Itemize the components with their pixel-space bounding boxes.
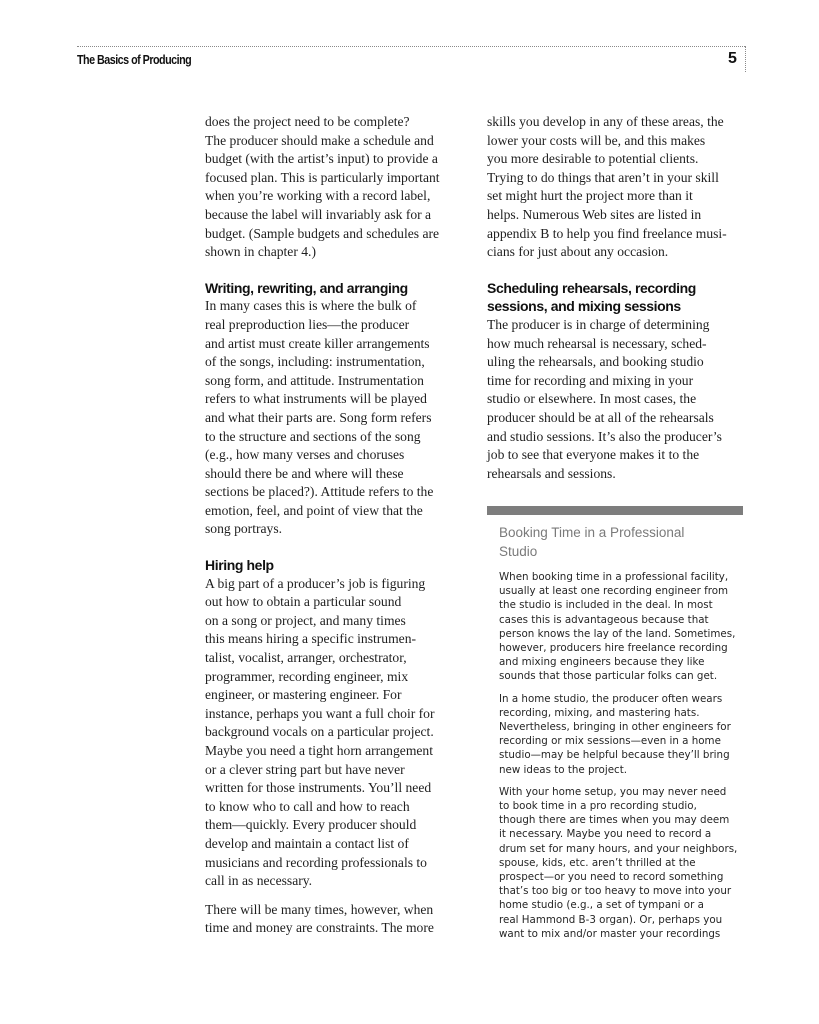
page-number: 5: [728, 50, 737, 68]
left-intro-paragraph: does the project need to be complete? Th…: [205, 113, 467, 262]
section-hiring-help: Hiring help A big part of a producer’s j…: [205, 556, 467, 938]
header-dotted-rule: [77, 46, 745, 47]
right-column: skills you develop in any of these areas…: [487, 113, 749, 483]
section-scheduling: Scheduling rehearsals, recording session…: [487, 279, 749, 484]
sidebar-body: When booking time in a professional faci…: [499, 570, 747, 941]
running-head: The Basics of Producing: [77, 53, 191, 67]
right-intro-paragraph: skills you develop in any of these areas…: [487, 113, 749, 262]
section-writing-arranging: Writing, rewriting, and arranging In man…: [205, 279, 467, 539]
section-paragraph: In many cases this is where the bulk of …: [205, 297, 467, 539]
sidebar-title: Booking Time in a Professional Studio: [499, 523, 743, 561]
left-column: does the project need to be complete? Th…: [205, 113, 467, 938]
sidebar-paragraph: In a home studio, the producer often wea…: [499, 692, 747, 777]
section-paragraph: The producer is in charge of determining…: [487, 316, 749, 483]
section-heading: Writing, rewriting, and arranging: [205, 279, 467, 298]
sidebar-box-booking-time: Booking Time in a Professional Studio Wh…: [487, 506, 743, 941]
section-paragraph: There will be many times, however, when …: [205, 901, 467, 938]
sidebar-paragraph: With your home setup, you may never need…: [499, 785, 747, 941]
sidebar-paragraph: When booking time in a professional faci…: [499, 570, 747, 684]
section-heading: Scheduling rehearsals, recording session…: [487, 279, 749, 316]
sidebar-top-bar: [487, 506, 743, 515]
section-paragraph: A big part of a producer’s job is figuri…: [205, 575, 467, 891]
header-dotted-rule-vertical: [745, 46, 746, 72]
section-heading: Hiring help: [205, 556, 467, 575]
